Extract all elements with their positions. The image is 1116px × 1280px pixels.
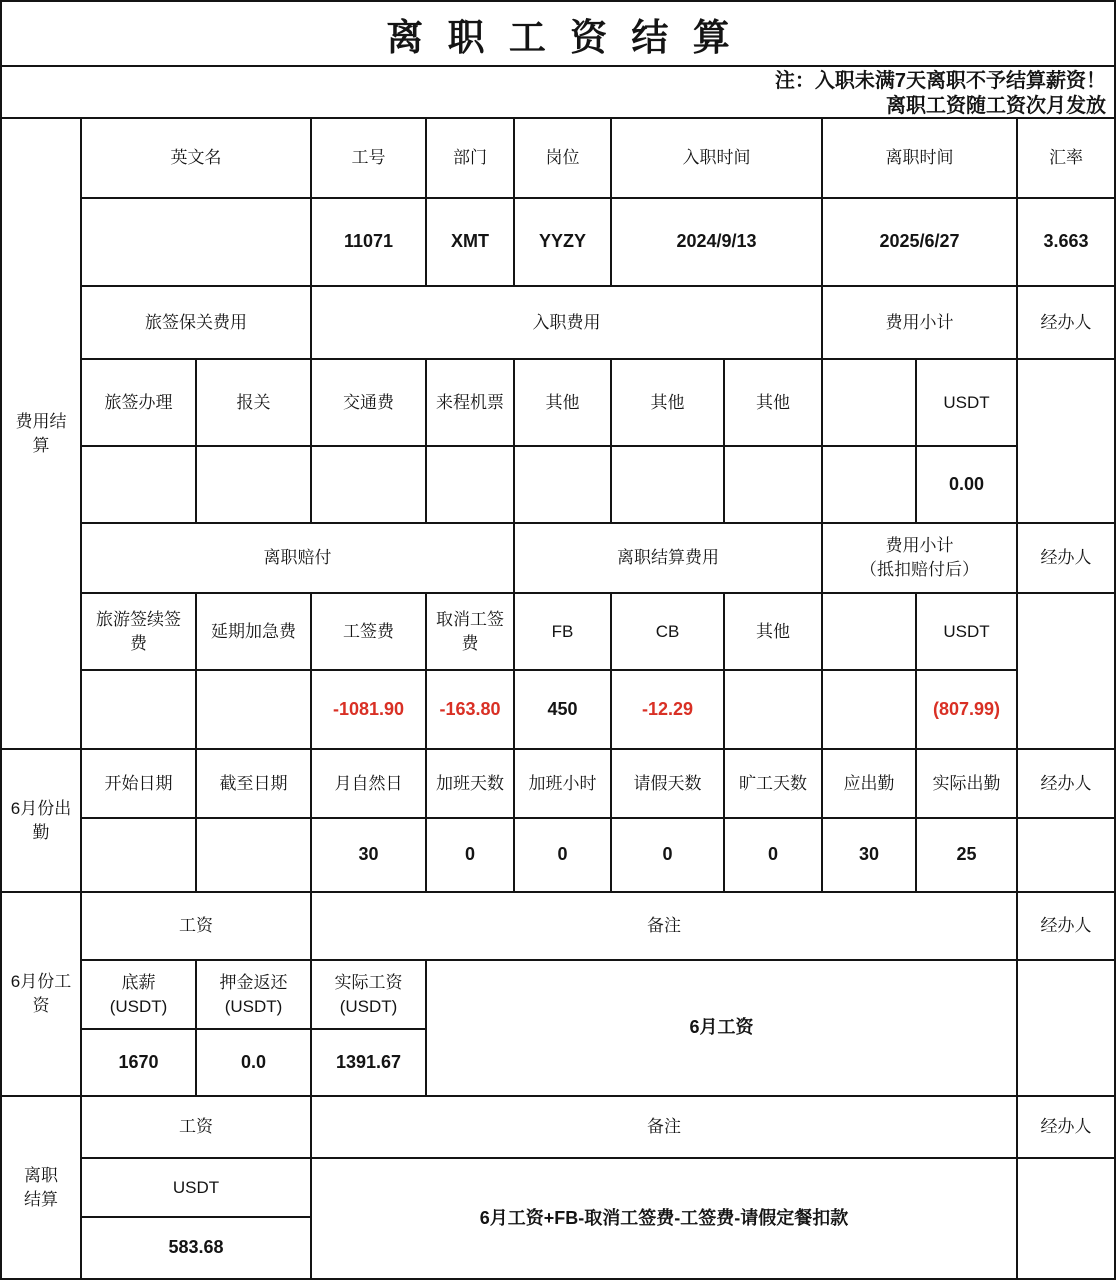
value-join-date: 2024/9/13 bbox=[612, 199, 823, 287]
att-header-ot-hours: 加班小时 bbox=[515, 750, 612, 819]
offboarding-value-other bbox=[725, 671, 823, 750]
col-header-inbound-ticket: 来程机票 bbox=[427, 360, 515, 447]
section-label-june-salary: 6月份工 资 bbox=[2, 893, 82, 1097]
june-agent-cell bbox=[1018, 961, 1114, 1097]
final-amount: 583.68 bbox=[82, 1218, 312, 1278]
header-leave-date: 离职时间 bbox=[823, 119, 1018, 199]
section-label-june-attendance: 6月份出 勤 bbox=[2, 750, 82, 893]
col-header-tourist-visa-renewal: 旅游签续签费 bbox=[82, 594, 197, 671]
att-header-calendar-days: 月自然日 bbox=[312, 750, 427, 819]
col-header-other-2: 其他 bbox=[612, 360, 725, 447]
col-header-customs: 报关 bbox=[197, 360, 312, 447]
att-value-required-days: 30 bbox=[823, 819, 917, 893]
col-header-base-salary: 底薪 (USDT) bbox=[82, 961, 197, 1030]
offboarding-agent-cell bbox=[1018, 594, 1114, 750]
value-deposit-return: 0.0 bbox=[197, 1030, 312, 1097]
value-department: XMT bbox=[427, 199, 515, 287]
final-currency-label: USDT bbox=[82, 1159, 312, 1218]
settlement-table: 费用结算 6月份出 勤 6月份工 资 离职 结算 英文名 工号 部门 岗位 入职… bbox=[2, 119, 1114, 1278]
onboarding-value-2 bbox=[197, 447, 312, 524]
header-english-name: 英文名 bbox=[82, 119, 312, 199]
onboarding-value-1 bbox=[82, 447, 197, 524]
june-salary-header: 工资 bbox=[82, 893, 312, 961]
header-join-date: 入职时间 bbox=[612, 119, 823, 199]
offboarding-agent-header: 经办人 bbox=[1018, 524, 1114, 594]
value-position: YYZY bbox=[515, 199, 612, 287]
onboarding-subtotal-value: 0.00 bbox=[917, 447, 1018, 524]
attendance-agent-cell bbox=[1018, 819, 1114, 893]
att-value-end-date bbox=[197, 819, 312, 893]
header-position: 岗位 bbox=[515, 119, 612, 199]
col-header-actual-salary: 实际工资 (USDT) bbox=[312, 961, 427, 1030]
att-header-required-days: 应出勤 bbox=[823, 750, 917, 819]
onboarding-value-3 bbox=[312, 447, 427, 524]
col-header-visa-processing: 旅签办理 bbox=[82, 360, 197, 447]
att-header-end-date: 截至日期 bbox=[197, 750, 312, 819]
att-header-leave-days: 请假天数 bbox=[612, 750, 725, 819]
offboarding-currency-label: USDT bbox=[917, 594, 1018, 671]
attendance-agent-header: 经办人 bbox=[1018, 750, 1114, 819]
att-header-absent-days: 旷工天数 bbox=[725, 750, 823, 819]
att-value-ot-days: 0 bbox=[427, 819, 515, 893]
empty-cell bbox=[823, 360, 917, 447]
offboarding-value-fb: 450 bbox=[515, 671, 612, 750]
june-remark-header: 备注 bbox=[312, 893, 1018, 961]
col-header-other-1: 其他 bbox=[515, 360, 612, 447]
onboarding-agent-cell bbox=[1018, 360, 1114, 524]
value-employee-id: 11071 bbox=[312, 199, 427, 287]
value-english-name bbox=[82, 199, 312, 287]
offboarding-value-cancel-visa: -163.80 bbox=[427, 671, 515, 750]
att-value-actual-days: 25 bbox=[917, 819, 1018, 893]
onboarding-value-7 bbox=[725, 447, 823, 524]
final-salary-header: 工资 bbox=[82, 1097, 312, 1159]
note-line-2: 离职工资随工资次月发放 bbox=[2, 94, 1106, 119]
offboarding-value-work-visa: -1081.90 bbox=[312, 671, 427, 750]
col-header-work-visa-fee: 工签费 bbox=[312, 594, 427, 671]
onboarding-subtotal-header: 费用小计 bbox=[823, 287, 1018, 360]
col-header-cb: CB bbox=[612, 594, 725, 671]
col-header-other-4: 其他 bbox=[725, 594, 823, 671]
value-base-salary: 1670 bbox=[82, 1030, 197, 1097]
offboarding-subtotal-header: 费用小计 （抵扣赔付后） bbox=[823, 524, 1018, 594]
att-value-absent-days: 0 bbox=[725, 819, 823, 893]
col-header-fb: FB bbox=[515, 594, 612, 671]
group-onboarding-fee: 入职费用 bbox=[312, 287, 823, 360]
col-header-deposit-return: 押金返还 (USDT) bbox=[197, 961, 312, 1030]
header-department: 部门 bbox=[427, 119, 515, 199]
col-header-extension-rush-fee: 延期加急费 bbox=[197, 594, 312, 671]
note-block: 注：入职未满7天离职不予结算薪资！ 离职工资随工资次月发放 bbox=[2, 67, 1114, 119]
offboarding-value-1 bbox=[82, 671, 197, 750]
settlement-sheet: 离 职 工 资 结 算 注：入职未满7天离职不予结算薪资！ 离职工资随工资次月发… bbox=[0, 0, 1116, 1280]
att-value-leave-days: 0 bbox=[612, 819, 725, 893]
final-remark-value: 6月工资+FB-取消工签费-工签费-请假定餐扣款 bbox=[312, 1159, 1018, 1278]
june-remark-value: 6月工资 bbox=[427, 961, 1018, 1097]
section-label-final-settlement: 离职 结算 bbox=[2, 1097, 82, 1278]
header-exchange-rate: 汇率 bbox=[1018, 119, 1114, 199]
value-exchange-rate: 3.663 bbox=[1018, 199, 1114, 287]
final-agent-header: 经办人 bbox=[1018, 1097, 1114, 1159]
onboarding-value-4 bbox=[427, 447, 515, 524]
value-actual-salary: 1391.67 bbox=[312, 1030, 427, 1097]
group-visa-customs-fee: 旅签保关费用 bbox=[82, 287, 312, 360]
col-header-transport-fee: 交通费 bbox=[312, 360, 427, 447]
offboarding-value-2 bbox=[197, 671, 312, 750]
final-agent-cell bbox=[1018, 1159, 1114, 1278]
offboarding-value-cb: -12.29 bbox=[612, 671, 725, 750]
att-value-ot-hours: 0 bbox=[515, 819, 612, 893]
col-header-cancel-work-visa-fee: 取消工签费 bbox=[427, 594, 515, 671]
page-title: 离 职 工 资 结 算 bbox=[2, 2, 1114, 67]
section-label-fee-settlement: 费用结算 bbox=[2, 119, 82, 750]
empty-cell bbox=[823, 671, 917, 750]
att-value-calendar-days: 30 bbox=[312, 819, 427, 893]
onboarding-value-5 bbox=[515, 447, 612, 524]
onboarding-agent-header: 经办人 bbox=[1018, 287, 1114, 360]
col-header-other-3: 其他 bbox=[725, 360, 823, 447]
header-employee-id: 工号 bbox=[312, 119, 427, 199]
att-value-start-date bbox=[82, 819, 197, 893]
onboarding-value-6 bbox=[612, 447, 725, 524]
group-resignation-settlement-fee: 离职结算费用 bbox=[515, 524, 823, 594]
empty-cell bbox=[823, 447, 917, 524]
att-header-actual-days: 实际出勤 bbox=[917, 750, 1018, 819]
att-header-start-date: 开始日期 bbox=[82, 750, 197, 819]
offboarding-subtotal-value: (807.99) bbox=[917, 671, 1018, 750]
empty-cell bbox=[823, 594, 917, 671]
group-resignation-compensation: 离职赔付 bbox=[82, 524, 515, 594]
june-agent-header: 经办人 bbox=[1018, 893, 1114, 961]
note-line-1: 注：入职未满7天离职不予结算薪资！ bbox=[2, 69, 1106, 94]
final-remark-header: 备注 bbox=[312, 1097, 1018, 1159]
onboarding-currency-label: USDT bbox=[917, 360, 1018, 447]
value-leave-date: 2025/6/27 bbox=[823, 199, 1018, 287]
att-header-ot-days: 加班天数 bbox=[427, 750, 515, 819]
